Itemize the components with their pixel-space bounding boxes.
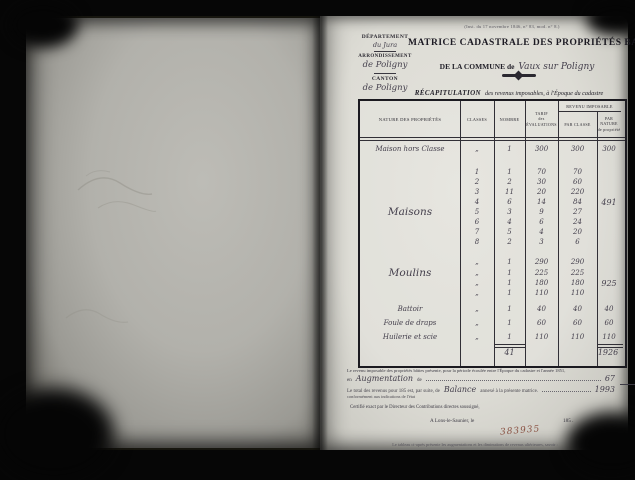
cell-nombre: 1: [494, 304, 525, 315]
cell-par-nature: 300: [597, 144, 621, 155]
col-header-nature: NATURE DES PROPRIÉTÉS: [360, 101, 460, 137]
footer-line2-mid: de: [417, 378, 422, 383]
augmentation-value: Augmentation: [356, 374, 413, 383]
pencil-scribble: [56, 288, 146, 348]
cell-nature: Battoir: [360, 304, 460, 315]
divider: [374, 73, 396, 74]
col-header-nombre: NOMBRE: [494, 101, 525, 137]
pencil-scribble: [64, 146, 194, 236]
recap-heading: RÉCAPITULATION des revenus imposables, à…: [390, 82, 628, 100]
total-1851-amount: 1993: [595, 385, 615, 394]
footer-line1: Le revenu imposable des propriétés bâtie…: [347, 368, 602, 373]
ornament-divider: [502, 74, 536, 77]
cell-nature: Foule de draps: [360, 318, 460, 329]
balance-value: Balance: [444, 385, 476, 394]
cell-nombre: 1: [494, 332, 525, 343]
cell-classe: „: [460, 288, 494, 299]
cell-tarif: 300: [525, 144, 558, 155]
page-gutter: [312, 16, 328, 450]
cell-classe: „: [460, 257, 494, 268]
augmentation-amount: 67: [605, 374, 615, 383]
recap-subtitle: des revenus imposables, à l'Époque du ca…: [485, 90, 603, 97]
instruction-note: (Inst. du 17 novembre 1846, n° 83, mod. …: [432, 24, 592, 29]
cell-tarif: 60: [525, 318, 558, 329]
cell-par-classe: 290: [558, 257, 597, 268]
cell-classe: „: [460, 304, 494, 315]
cell-nombre: 1: [494, 288, 525, 299]
place-line: A Lons-le-Saunier, le: [430, 418, 474, 424]
year-label: 185 .: [563, 418, 573, 424]
cell-nature: Huilerie et scie: [360, 332, 460, 343]
cell-par-classe: 6: [558, 237, 597, 248]
page-title: MATRICE CADASTRALE DES PROPRIÉTÉS BATIES: [408, 38, 626, 48]
cell-par-classe: 300: [558, 144, 597, 155]
cell-nombre: 1: [494, 318, 525, 329]
cell-tarif: 110: [525, 332, 558, 343]
commune-value: Vaux sur Poligny: [518, 62, 594, 72]
cell-tarif: 40: [525, 304, 558, 315]
certify-line: Certifié exact par le Directeur des Cont…: [350, 405, 580, 410]
document-spread: DÉPARTEMENT du Jura ARRONDISSEMENT de Po…: [26, 16, 628, 450]
recap-table: NATURE DES PROPRIÉTÉS CLASSES NOMBRE TAR…: [358, 99, 627, 368]
recap-title: RÉCAPITULATION: [415, 89, 481, 97]
cell-tarif: 290: [525, 257, 558, 268]
footer-line3: Le total des revenus pour 185 est, par s…: [347, 385, 615, 394]
col-header-par-nature: PAR NATURE de propriété: [597, 111, 621, 137]
cell-classe: „: [460, 332, 494, 343]
cell-par-classe: 110: [558, 288, 597, 299]
footer-line4: conformément aux indications de l'état: [347, 394, 597, 399]
cell-par-classe: 110: [558, 332, 597, 343]
dot-leader: [542, 385, 591, 392]
col-header-par-classe: PAR CLASSE: [558, 111, 597, 137]
torn-corner: [0, 388, 114, 480]
col-header-tarif: TARIF des ÉVALUATIONS: [525, 101, 558, 137]
cell-par-nature: 40: [597, 304, 621, 315]
cell-par-nature: 110: [597, 332, 621, 343]
table-row: Foule de draps„1606060: [360, 318, 621, 329]
cell-classe: „: [460, 144, 494, 155]
cell-par-nature: 60: [597, 318, 621, 329]
col-header-classes: CLASSES: [460, 101, 494, 137]
cell-tarif: 3: [525, 237, 558, 248]
table-row: „1110110: [360, 288, 621, 299]
table-row: Huilerie et scie„1110110110: [360, 332, 621, 343]
cell-nature: Maison hors Classe: [360, 144, 460, 155]
footer-line2: en Augmentation de 67: [347, 374, 615, 383]
total-revenu: 1926: [591, 348, 625, 357]
commune-label: DE LA COMMUNE de: [440, 62, 515, 71]
cell-nombre: 1: [494, 257, 525, 268]
left-page: [26, 18, 320, 448]
scanned-photo: { "photo": { "stamp_number": "383935", "…: [0, 0, 635, 480]
table-row: Maison hors Classe„1300300300: [360, 144, 621, 155]
cell-classe: 8: [460, 237, 494, 248]
footer-line2-prefix: en: [347, 378, 352, 383]
torn-corner: [8, 2, 78, 48]
divider: [374, 51, 396, 52]
right-page: DÉPARTEMENT du Jura ARRONDISSEMENT de Po…: [320, 16, 628, 450]
header-separator: [360, 137, 625, 141]
cell-nombre: 1: [494, 144, 525, 155]
total-nombre: 41: [494, 348, 525, 357]
cell-par-classe: 40: [558, 304, 597, 315]
cell-classe: „: [460, 318, 494, 329]
table-row: 8236: [360, 237, 621, 248]
archive-number: 383935: [500, 424, 541, 437]
table-row: Battoir„1404040: [360, 304, 621, 315]
cell-tarif: 110: [525, 288, 558, 299]
sum-rule: [620, 384, 635, 385]
cell-nombre: 2: [494, 237, 525, 248]
dot-leader: [426, 374, 601, 381]
cell-par-classe: 60: [558, 318, 597, 329]
